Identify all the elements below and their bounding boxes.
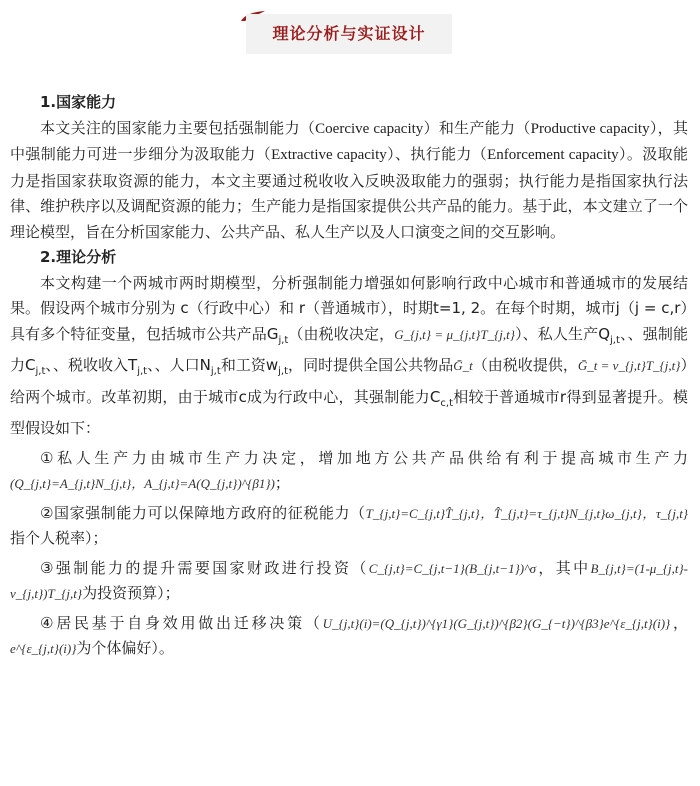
- formula-Gbar-def: Ḡ_t = v_{j,t}T_{j,t}: [578, 358, 681, 373]
- formula-production: (Q_{j,t}=A_{j,t}N_{j,t}，A_{j,t}=A(Q_{j,t…: [10, 476, 275, 491]
- formula-tax: T_{j,t}=C_{j,t}T̂_{j,t}，T̂_{j,t}=τ_{j,t}…: [366, 506, 688, 521]
- paragraph-model: 本文构建一个两城市两时期模型，分析强制能力增强如何影响行政中心城市和普通城市的发…: [10, 271, 688, 442]
- formula-Gbar: Ḡ_t: [453, 358, 473, 373]
- heading-theory-analysis: 2.理论分析: [10, 245, 688, 271]
- heading-state-capacity: 1.国家能力: [10, 90, 688, 116]
- assumption-2: ②国家强制能力可以保障地方政府的征税能力（T_{j,t}=C_{j,t}T̂_{…: [10, 501, 688, 552]
- formula-utility: U_{j,t}(i)=(Q_{j,t})^{γ1}(G_{j,t})^{β2}(…: [323, 616, 671, 631]
- formula-preference: e^{ε_{j,t}(i)}: [10, 641, 76, 656]
- assumption-3: ③强制能力的提升需要国家财政进行投资（C_{j,t}=C_{j,t−1}(B_{…: [10, 556, 688, 607]
- formula-G: G_{j,t} = μ_{j,t}T_{j,t}: [394, 327, 515, 342]
- formula-coercive: C_{j,t}=C_{j,t−1}(B_{j,t−1})^σ: [369, 561, 536, 576]
- section-title: 理论分析与实证设计: [246, 14, 452, 54]
- assumption-4: ④居民基于自身效用做出迁移决策（U_{j,t}(i)=(Q_{j,t})^{γ1…: [10, 611, 688, 662]
- article-body: 1.国家能力 本文关注的国家能力主要包括强制能力（Coercive capaci…: [10, 90, 688, 662]
- paragraph-state-capacity: 本文关注的国家能力主要包括强制能力（Coercive capacity）和生产能…: [10, 116, 688, 246]
- section-title-banner: 理论分析与实证设计: [246, 14, 452, 54]
- assumption-1: ①私人生产力由城市生产力决定，增加地方公共产品供给有利于提高城市生产力(Q_{j…: [10, 446, 688, 497]
